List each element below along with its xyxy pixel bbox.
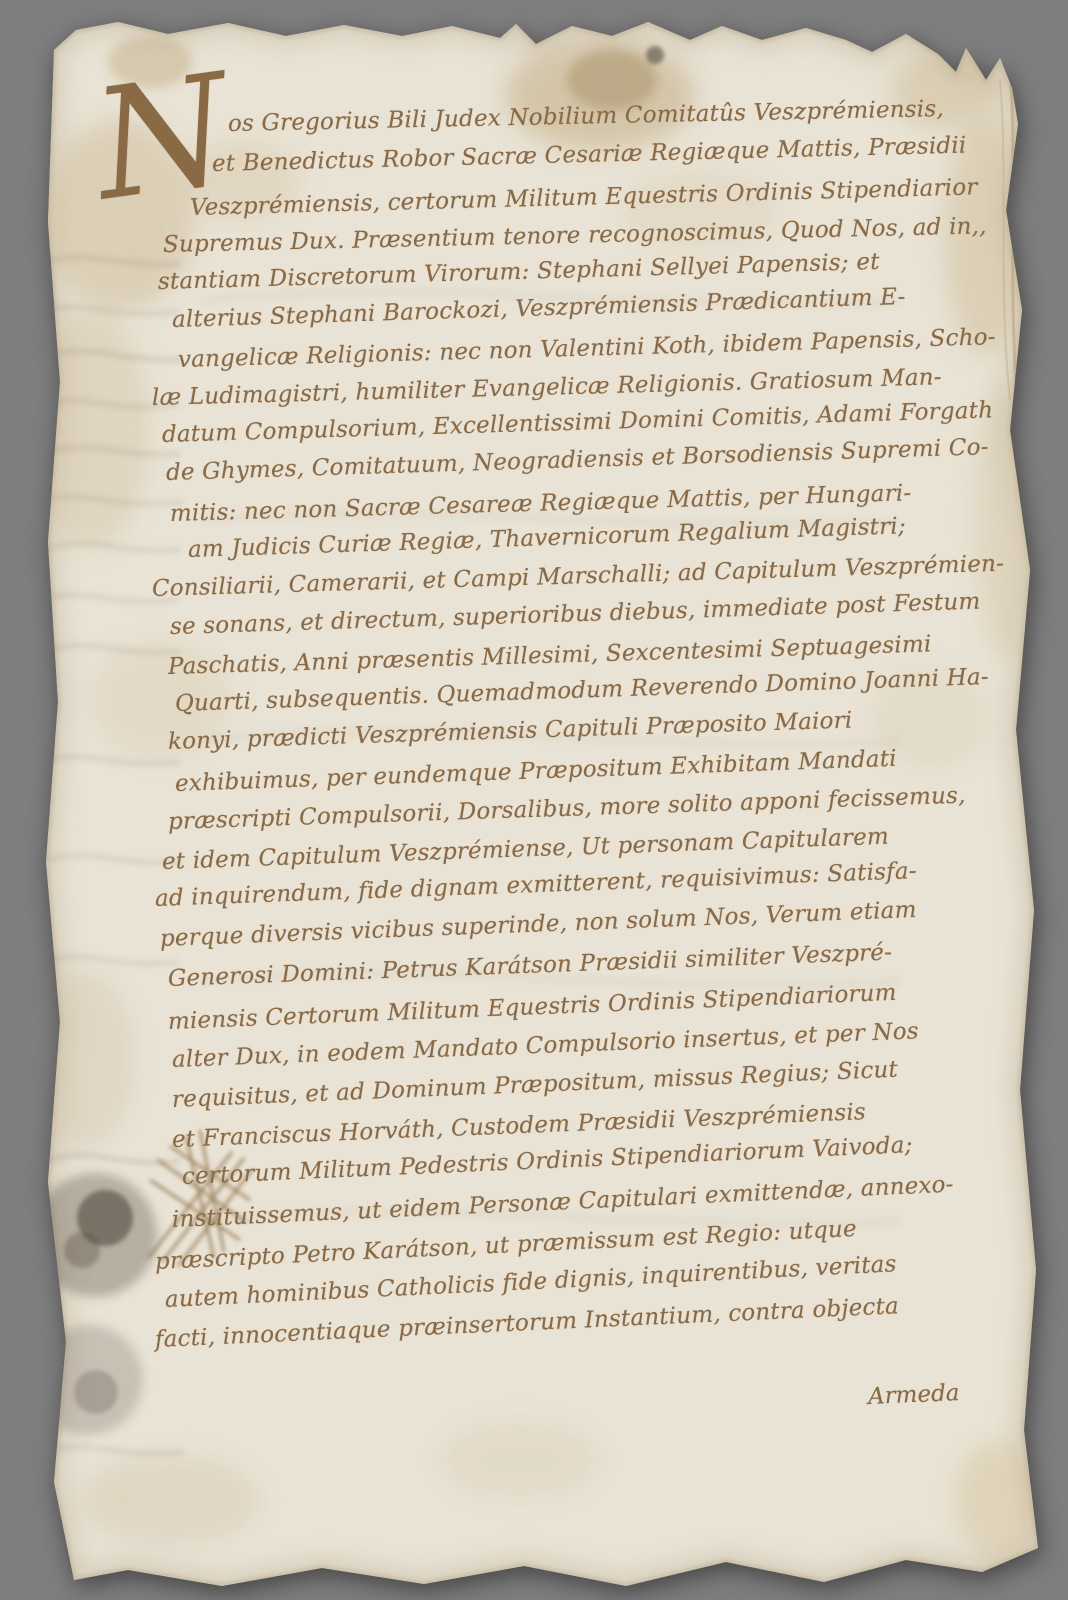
manuscript-text-block: N os Gregorius Bili Judex Nobilium Comit…	[0, 0, 1068, 1600]
manuscript-line: et Benedictus Robor Sacræ Cesariæ Regiæq…	[212, 134, 967, 178]
manuscript-line: Veszprémiensis, certorum Militum Equestr…	[190, 175, 978, 221]
manuscript-line: konyi, prædicti Veszprémiensis Capituli …	[168, 708, 853, 755]
catchword: Armeda	[867, 1380, 960, 1410]
manuscript-line: os Gregorius Bili Judex Nobilium Comitat…	[228, 97, 944, 137]
photographed-manuscript: N os Gregorius Bili Judex Nobilium Comit…	[0, 0, 1068, 1600]
manuscript-line: alterius Stephani Barockozi, Veszprémien…	[172, 285, 906, 333]
